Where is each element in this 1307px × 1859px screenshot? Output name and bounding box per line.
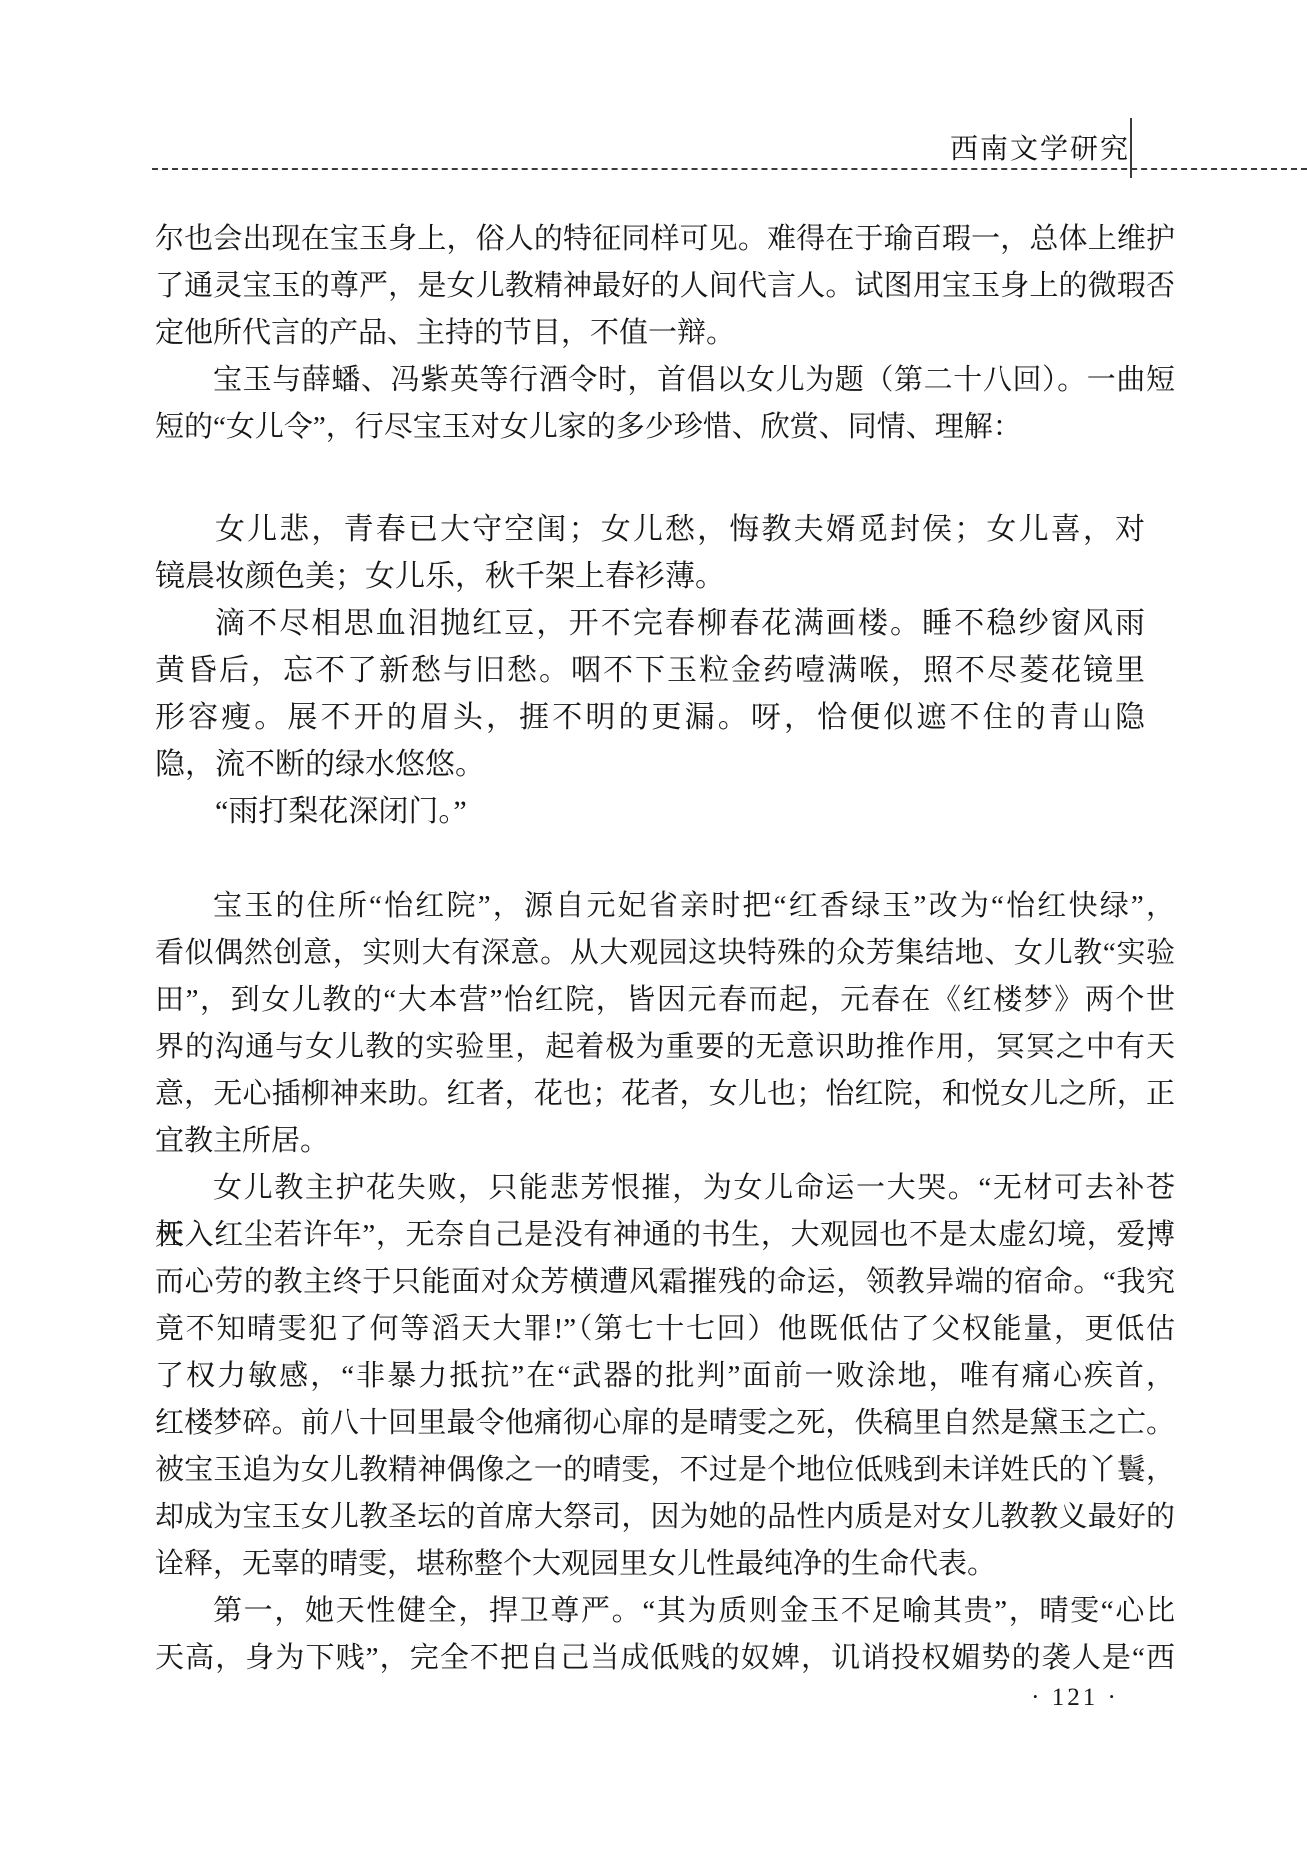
body-paragraph: 第一，她天性健全，捍卫尊严。“其为质则金玉不足喻其贵”，晴雯“心比天高，身为下贱… [155,1588,1175,1682]
text-line: 镜晨妆颜色美；女儿乐，秋千架上春衫薄。 [155,553,1145,600]
text-line: 第一，她天性健全，捍卫尊严。“其为质则金玉不足喻其贵”，晴雯“心比 [155,1588,1175,1635]
text-line: 定他所代言的产品、主持的节目，不值一辩。 [155,310,1175,357]
text-line: 黄昏后，忘不了新愁与旧愁。咽不下玉粒金药噎满喉，照不尽菱花镜里 [155,647,1145,694]
text-line: 女儿悲，青春已大守空闺；女儿愁，悔教夫婿觅封侯；女儿喜，对 [155,506,1145,553]
text-line: 却成为宝玉女儿教圣坛的首席大祭司，因为她的品性内质是对女儿教教义最好的 [155,1494,1175,1541]
text-line: 了权力敏感，“非暴力抵抗”在“武器的批判”面前一败涂地，唯有痛心疾首， [155,1353,1175,1400]
text-line: 宝玉的住所“怡红院”，源自元妃省亲时把“红香绿玉”改为“怡红快绿”， [155,883,1175,930]
quote-paragraph: 滴不尽相思血泪抛红豆，开不完春柳春花满画楼。睡不稳纱窗风雨黄昏后，忘不了新愁与旧… [155,600,1145,788]
text-line: 而心劳的教主终于只能面对众芳横遭风霜摧残的命运，领教异端的宿命。“我究 [155,1259,1175,1306]
body-paragraph: 尔也会出现在宝玉身上，俗人的特征同样可见。难得在于瑜百瑕一，总体上维护了通灵宝玉… [155,216,1175,357]
text-line: 滴不尽相思血泪抛红豆，开不完春柳春花满画楼。睡不稳纱窗风雨 [155,600,1145,647]
page-number: · 121 · [1020,1684,1130,1712]
text-line: 被宝玉追为女儿教精神偶像之一的晴雯，不过是个地位低贱到未详姓氏的丫鬟， [155,1447,1175,1494]
quote-paragraph: 女儿悲，青春已大守空闺；女儿愁，悔教夫婿觅封侯；女儿喜，对镜晨妆颜色美；女儿乐，… [155,506,1145,600]
text-line: 尔也会出现在宝玉身上，俗人的特征同样可见。难得在于瑜百瑕一，总体上维护 [155,216,1175,263]
text-line: 宜教主所居。 [155,1118,1175,1165]
text-line: 竟不知晴雯犯了何等滔天大罪!”（第七十七回）他既低估了父权能量，更低估 [155,1306,1175,1353]
body-paragraph: 宝玉与薛蟠、冯紫英等行酒令时，首倡以女儿为题（第二十八回）。一曲短短的“女儿令”… [155,357,1175,451]
quote-paragraph: “雨打梨花深闭门。” [155,788,1145,835]
text-line: 界的沟通与女儿教的实验里，起着极为重要的无意识助推作用，冥冥之中有天 [155,1024,1175,1071]
text-line: 短的“女儿令”，行尽宝玉对女儿家的多少珍惜、欣赏、同情、理解： [155,404,1175,451]
header-dashed-divider [152,168,1307,170]
article-body: 尔也会出现在宝玉身上，俗人的特征同样可见。难得在于瑜百瑕一，总体上维护了通灵宝玉… [155,216,1175,1682]
text-line: 意，无心插柳神来助。红者，花也；花者，女儿也；怡红院，和悦女儿之所，正 [155,1071,1175,1118]
text-line: 天高，身为下贱”，完全不把自己当成低贱的奴婢，讥诮投权媚势的袭人是“西 [155,1635,1175,1682]
text-line: 枉入红尘若许年”，无奈自己是没有神通的书生，大观园也不是太虚幻境，爱博 [155,1212,1175,1259]
text-line: “雨打梨花深闭门。” [155,788,1145,835]
text-line: 形容瘦。展不开的眉头，捱不明的更漏。呀，恰便似遮不住的青山隐 [155,694,1145,741]
text-line: 宝玉与薛蟠、冯紫英等行酒令时，首倡以女儿为题（第二十八回）。一曲短 [155,357,1175,404]
body-paragraph: 宝玉的住所“怡红院”，源自元妃省亲时把“红香绿玉”改为“怡红快绿”，看似偶然创意… [155,883,1175,1165]
text-line: 了通灵宝玉的尊严，是女儿教精神最好的人间代言人。试图用宝玉身上的微瑕否 [155,263,1175,310]
text-line: 隐，流不断的绿水悠悠。 [155,741,1145,788]
body-paragraph: 女儿教主护花失败，只能悲芳恨摧，为女儿命运一大哭。“无材可去补苍天，枉入红尘若许… [155,1165,1175,1588]
journal-title: 西南文学研究 [950,127,1130,167]
text-line: 红楼梦碎。前八十回里最令他痛彻心扉的是晴雯之死，佚稿里自然是黛玉之亡。 [155,1400,1175,1447]
text-line: 诠释，无辜的晴雯，堪称整个大观园里女儿性最纯净的生命代表。 [155,1541,1175,1588]
text-line: 看似偶然创意，实则大有深意。从大观园这块特殊的众芳集结地、女儿教“实验 [155,930,1175,977]
text-line: 女儿教主护花失败，只能悲芳恨摧，为女儿命运一大哭。“无材可去补苍天， [155,1165,1175,1212]
text-line: 田”，到女儿教的“大本营”怡红院，皆因元春而起，元春在《红楼梦》两个世 [155,977,1175,1024]
document-page: 西南文学研究 尔也会出现在宝玉身上，俗人的特征同样可见。难得在于瑜百瑕一，总体上… [0,0,1307,1859]
